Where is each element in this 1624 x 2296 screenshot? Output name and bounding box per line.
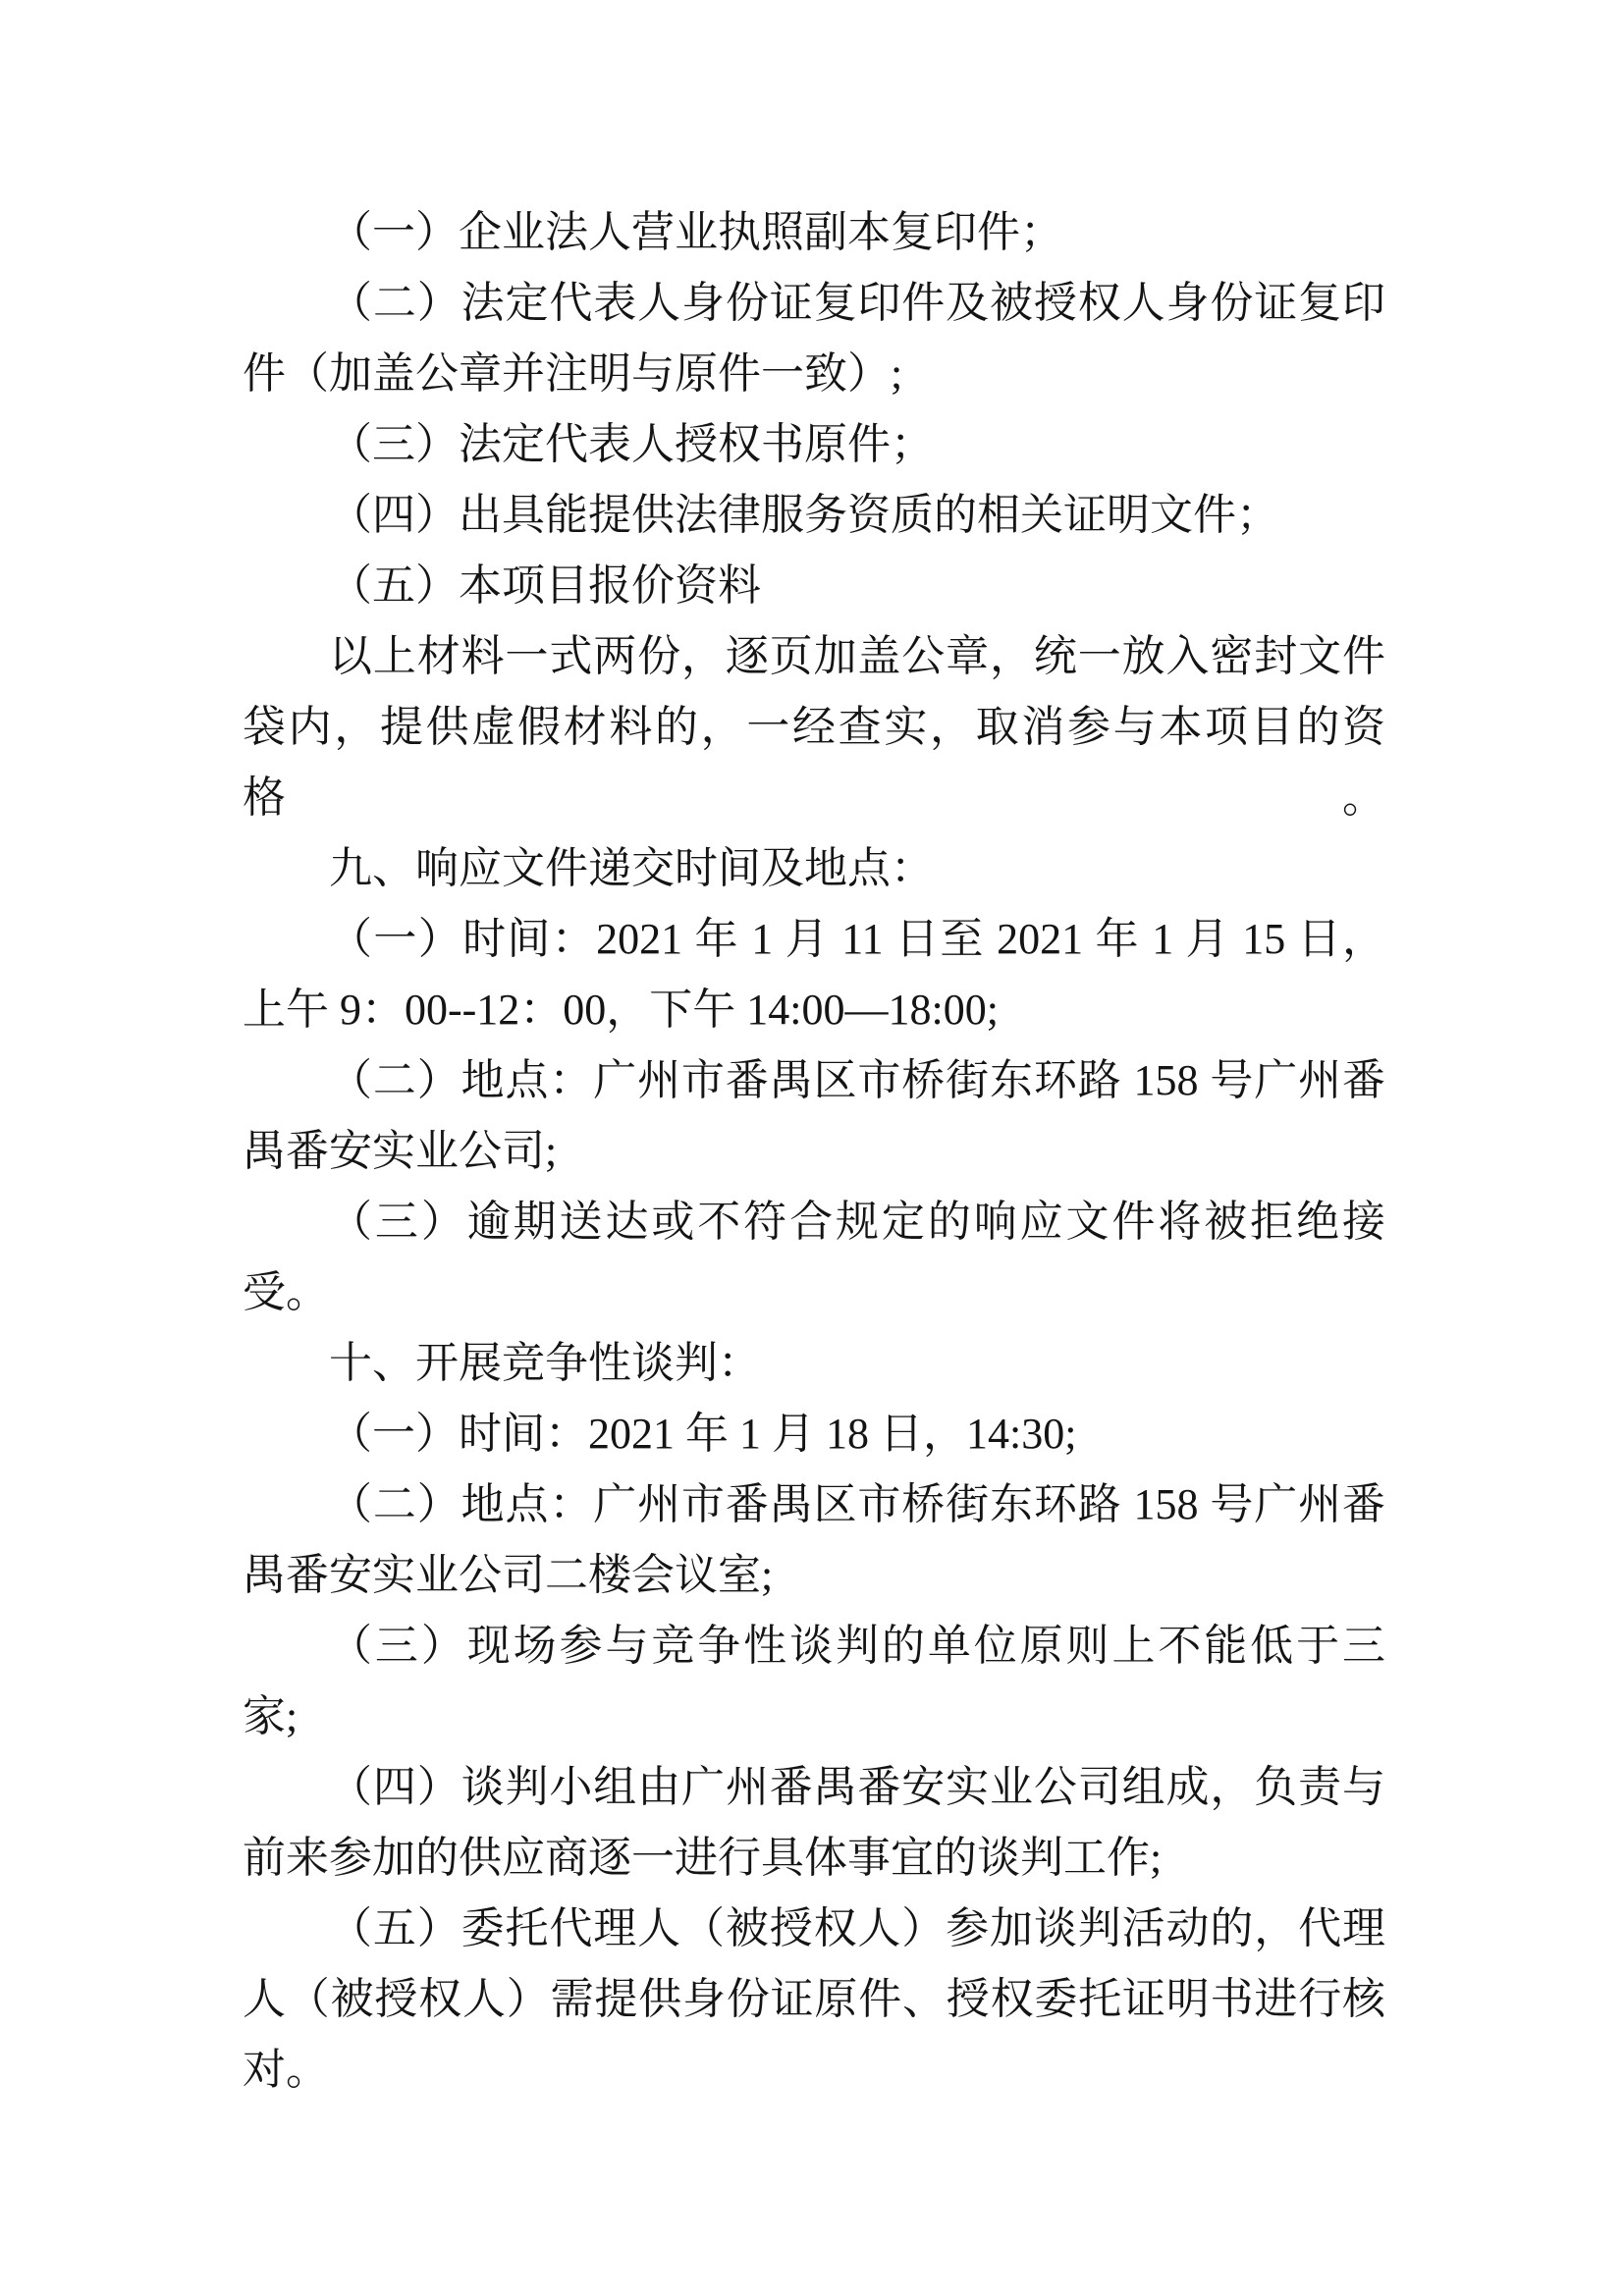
document-line: （五）委托代理人（被授权人）参加谈判活动的，代理 bbox=[243, 1894, 1385, 1964]
document-line: 九、响应文件递交时间及地点： bbox=[243, 833, 1385, 904]
document-line: 袋内，提供虚假材料的，一经查实，取消参与本项目的资格。 bbox=[243, 692, 1385, 833]
document-line: （一）时间：2021 年 1 月 18 日，14:30; bbox=[243, 1399, 1385, 1469]
document-body: （一）企业法人营业执照副本复印件；（二）法定代表人身份证复印件及被授权人身份证复… bbox=[243, 197, 1385, 2106]
document-line: 前来参加的供应商逐一进行具体事宜的谈判工作; bbox=[243, 1823, 1385, 1894]
document-line: 受。 bbox=[243, 1257, 1385, 1328]
document-line: 对。 bbox=[243, 2035, 1385, 2106]
document-line: （四）出具能提供法律服务资质的相关证明文件； bbox=[243, 480, 1385, 551]
document-line: 人（被授权人）需提供身份证原件、授权委托证明书进行核 bbox=[243, 1964, 1385, 2035]
document-line: （二）地点：广州市番禺区市桥街东环路 158 号广州番 bbox=[243, 1469, 1385, 1540]
document-line: （四）谈判小组由广州番禺番安实业公司组成，负责与 bbox=[243, 1752, 1385, 1823]
document-line: 家; bbox=[243, 1682, 1385, 1752]
document-line: 上午 9：00--12：00，下午 14:00—18:00; bbox=[243, 975, 1385, 1045]
document-line: （三）现场参与竞争性谈判的单位原则上不能低于三 bbox=[243, 1611, 1385, 1682]
document-line: （一）企业法人营业执照副本复印件； bbox=[243, 197, 1385, 268]
document-line: 禺番安实业公司二楼会议室; bbox=[243, 1540, 1385, 1611]
document-line: （一）时间：2021 年 1 月 11 日至 2021 年 1 月 15 日， bbox=[243, 904, 1385, 975]
document-line: 十、开展竞争性谈判： bbox=[243, 1328, 1385, 1399]
document-line: 禺番安实业公司; bbox=[243, 1116, 1385, 1187]
document-line: （二）法定代表人身份证复印件及被授权人身份证复印 bbox=[243, 268, 1385, 339]
document-line: 以上材料一式两份，逐页加盖公章，统一放入密封文件 bbox=[243, 621, 1385, 692]
document-line: （五）本项目报价资料 bbox=[243, 551, 1385, 621]
document-line: （三）法定代表人授权书原件； bbox=[243, 409, 1385, 480]
document-line: （二）地点：广州市番禺区市桥街东环路 158 号广州番 bbox=[243, 1045, 1385, 1116]
document-line: 件（加盖公章并注明与原件一致）; bbox=[243, 339, 1385, 409]
page: （一）企业法人营业执照副本复印件；（二）法定代表人身份证复印件及被授权人身份证复… bbox=[0, 0, 1624, 2296]
document-line: （三）逾期送达或不符合规定的响应文件将被拒绝接 bbox=[243, 1187, 1385, 1257]
